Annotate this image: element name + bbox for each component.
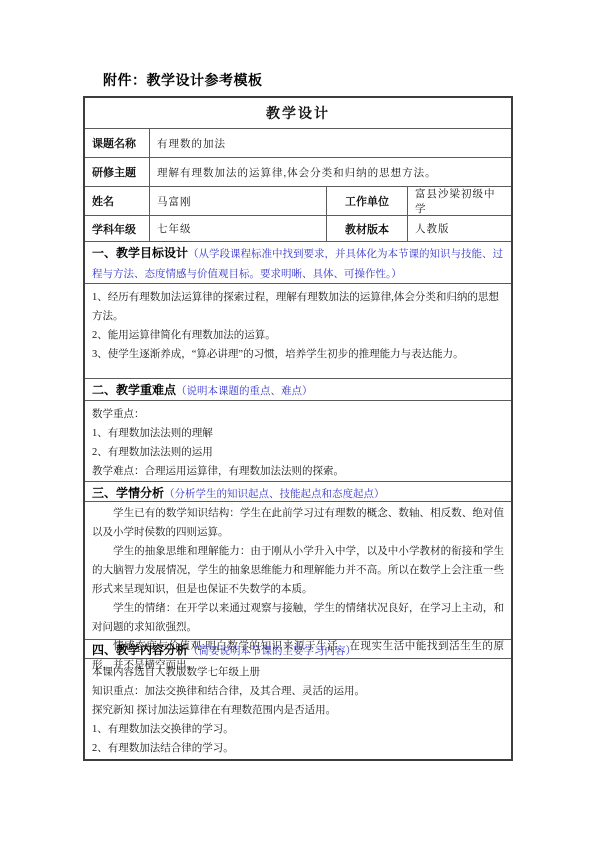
subject-grade-value: 七年级 [150,216,327,241]
section-4-heading: 四、教学内容分析 [92,643,188,657]
name-label: 姓名 [85,187,150,215]
work-unit-label: 工作单位 [327,187,408,215]
table-row-topic: 研修主题 理解有理数加法的运算律,体会分类和归纳的思想方法。 [85,158,511,187]
textbook-edition-label: 教材版本 [327,216,408,241]
content-line-2: 知识重点：加法交换律和结合律，及其合理、灵活的运用。 [92,682,504,701]
section-1-content: 1、经历有理数加法运算律的探索过程，理解有理数加法的运算律,体会分类和归纳的思想… [85,284,511,379]
content-line-1: 本课内容选自人教版数学七年级上册 [92,663,504,682]
section-2-header: 二、教学重难点（说明本课题的重点、难点） [85,379,511,401]
keypoint-line-3: 2、有理数加法法则的运用 [92,443,504,462]
goal-line-1: 1、经历有理数加法运算律的探索过程，理解有理数加法的运算律,体会分类和归纳的思想… [92,288,504,326]
table-row-name-unit: 姓名 马富刚 工作单位 富县沙梁初级中学 [85,187,511,216]
table-title-row: 教学设计 [85,98,511,129]
section-4-note: （简要说明本节课的主要学习内容） [188,646,356,657]
subject-grade-label: 学科年级 [85,216,150,241]
teaching-design-table: 教学设计 课题名称 有理数的加法 研修主题 理解有理数加法的运算律,体会分类和归… [83,96,513,761]
name-value: 马富刚 [150,187,327,215]
course-name-value: 有理数的加法 [150,129,511,157]
section-3-note: （分析学生的知识起点、技能起点和态度起点） [164,489,385,500]
textbook-edition-value: 人教版 [408,216,511,241]
section-2-heading: 二、教学重难点 [92,383,176,397]
table-title: 教学设计 [266,103,330,123]
table-row-course: 课题名称 有理数的加法 [85,129,511,158]
course-name-label: 课题名称 [85,129,150,157]
attachment-title: 附件：教学设计参考模板 [103,70,263,90]
content-line-5: 2、有理数加法结合律的学习。 [92,739,504,758]
document-page: 附件：教学设计参考模板 教学设计 课题名称 有理数的加法 研修主题 理解有理数加… [0,0,595,842]
content-line-3: 探究新知 探讨加法运算律在有理数范围内是否适用。 [92,701,504,720]
analysis-paragraph-2: 学生的抽象思维和理解能力：由于刚从小学升入中学，以及中小学教材的衔接和学生的大脑… [92,542,504,599]
section-3-header: 三、学情分析（分析学生的知识起点、技能起点和态度起点） [85,482,511,502]
table-row-grade-edition: 学科年级 七年级 教材版本 人教版 [85,216,511,242]
research-topic-value: 理解有理数加法的运算律,体会分类和归纳的思想方法。 [150,158,511,186]
goal-line-3: 3、使学生逐渐养成，“算必讲理”的习惯，培养学生初步的推理能力与表达能力。 [92,345,504,364]
research-topic-label: 研修主题 [85,158,150,186]
content-line-4: 1、有理数加法交换律的学习。 [92,720,504,739]
keypoint-line-4: 教学难点：合理运用运算律，有理数加法法则的探索。 [92,462,504,481]
analysis-paragraph-3: 学生的情绪：在开学以来通过观察与接触，学生的情绪状况良好，在学习上主动，和对问题… [92,599,504,637]
work-unit-value: 富县沙梁初级中学 [408,187,511,215]
keypoint-line-1: 数学重点： [92,405,504,424]
goal-line-2: 2、能用运算律简化有理数加法的运算。 [92,326,504,345]
section-3-heading: 三、学情分析 [92,486,164,500]
keypoint-line-2: 1、有理数加法法则的理解 [92,424,504,443]
section-1-header: 一、教学目标设计（从学段课程标准中找到要求，并具体化为本节课的知识与技能、过程与… [85,242,511,284]
section-2-content: 数学重点： 1、有理数加法法则的理解 2、有理数加法法则的运用 教学难点：合理运… [85,401,511,482]
section-4-content: 本课内容选自人教版数学七年级上册 知识重点：加法交换律和结合律，及其合理、灵活的… [85,659,511,759]
section-1-heading: 一、教学目标设计 [92,246,188,260]
section-2-note: （说明本课题的重点、难点） [176,386,313,397]
section-3-content: 学生已有的数学知识结构：学生在此前学习过有理数的概念、数轴、相反数、绝对值以及小… [85,502,511,640]
analysis-paragraph-1: 学生已有的数学知识结构：学生在此前学习过有理数的概念、数轴、相反数、绝对值以及小… [92,504,504,542]
